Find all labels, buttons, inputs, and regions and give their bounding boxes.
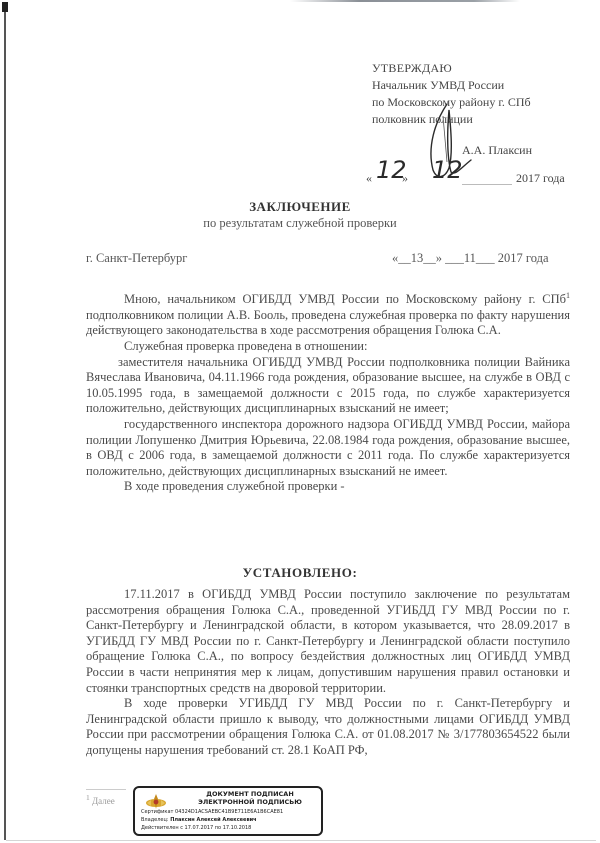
approval-date-year: 2017 года [516, 170, 565, 187]
scan-edge-bottom [6, 840, 596, 841]
document-subtitle: по результатам служебной проверки [0, 216, 600, 231]
approval-date-close-quote: » [402, 170, 408, 187]
stamp-value: 04324D1ACSAEBC41B9E711E6A1B6CAE81 [175, 809, 283, 815]
footnote-ref: 1 [566, 291, 570, 300]
document-title: ЗАКЛЮЧЕНИЕ [0, 199, 600, 215]
stamp-title: ДОКУМЕНТ ПОДПИСАН ЭЛЕКТРОННОЙ ПОДПИСЬЮ [185, 790, 315, 806]
intro-paragraph: Служебная проверка проведена в отношении… [86, 339, 570, 355]
stamp-label: Владелец [141, 817, 167, 823]
established-paragraph: В ходе проверки УГИБДД ГУ МВД России по … [86, 696, 570, 758]
approval-heading: УТВЕРЖДАЮ [372, 60, 532, 77]
intro-section: Мною, начальником ОГИБДД УМВД России по … [86, 288, 570, 495]
stamp-value: Плаксин Алексей Алексеевич [170, 817, 256, 823]
stamp-title-line: ЭЛЕКТРОННОЙ ПОДПИСЬЮ [185, 798, 315, 806]
established-paragraph: 17.11.2017 в ОГИБДД УМВД России поступил… [86, 587, 570, 696]
established-heading: УСТАНОВЛЕНО: [0, 565, 600, 581]
footnote-text: Далее [92, 796, 115, 806]
stamp-owner: Владелец: Плаксин Алексей Алексеевич [141, 817, 257, 823]
stamp-label: Действителен [141, 825, 179, 831]
footnote-marker: 1 [86, 793, 90, 802]
approval-date-underline [462, 184, 512, 185]
intro-text: Мною, начальником ОГИБДД УМВД России по … [124, 292, 566, 306]
stamp-label: Сертификат [141, 809, 173, 815]
scan-edge-top [290, 0, 520, 2]
intro-paragraph: государственного инспектора дорожного на… [86, 417, 570, 479]
intro-paragraph: В ходе проведения служебной проверки - [86, 479, 570, 495]
stamp-value: с 17.07.2017 по 17.10.2018 [180, 825, 251, 831]
footnote: 1 Далее [86, 793, 115, 806]
approval-line: Начальник УМВД России [372, 77, 532, 94]
approval-date-open-quote: « [366, 170, 372, 187]
document-place: г. Санкт-Петербург [86, 251, 187, 266]
established-section: 17.11.2017 в ОГИБДД УМВД России поступил… [86, 587, 570, 759]
intro-paragraph: заместителя начальника ОГИБДД УМВД Росси… [86, 355, 570, 417]
intro-paragraph: Мною, начальником ОГИБДД УМВД России по … [86, 288, 570, 339]
footnote-divider [86, 789, 126, 790]
document-date: «__13__» ___11___ 2017 года [392, 251, 549, 266]
stamp-title-line: ДОКУМЕНТ ПОДПИСАН [185, 790, 315, 798]
scan-edge-corner [2, 2, 8, 12]
stamp-validity: Действителен с 17.07.2017 по 17.10.2018 [141, 825, 251, 831]
intro-text: подполковником полиции А.В. Бооль, прове… [86, 308, 570, 338]
handwritten-signature-icon [425, 102, 485, 182]
scan-edge-left [4, 4, 6, 840]
stamp-certificate: Сертификат 04324D1ACSAEBC41B9E711E6A1B6C… [141, 809, 283, 815]
e-signature-stamp: ДОКУМЕНТ ПОДПИСАН ЭЛЕКТРОННОЙ ПОДПИСЬЮ С… [133, 786, 323, 836]
